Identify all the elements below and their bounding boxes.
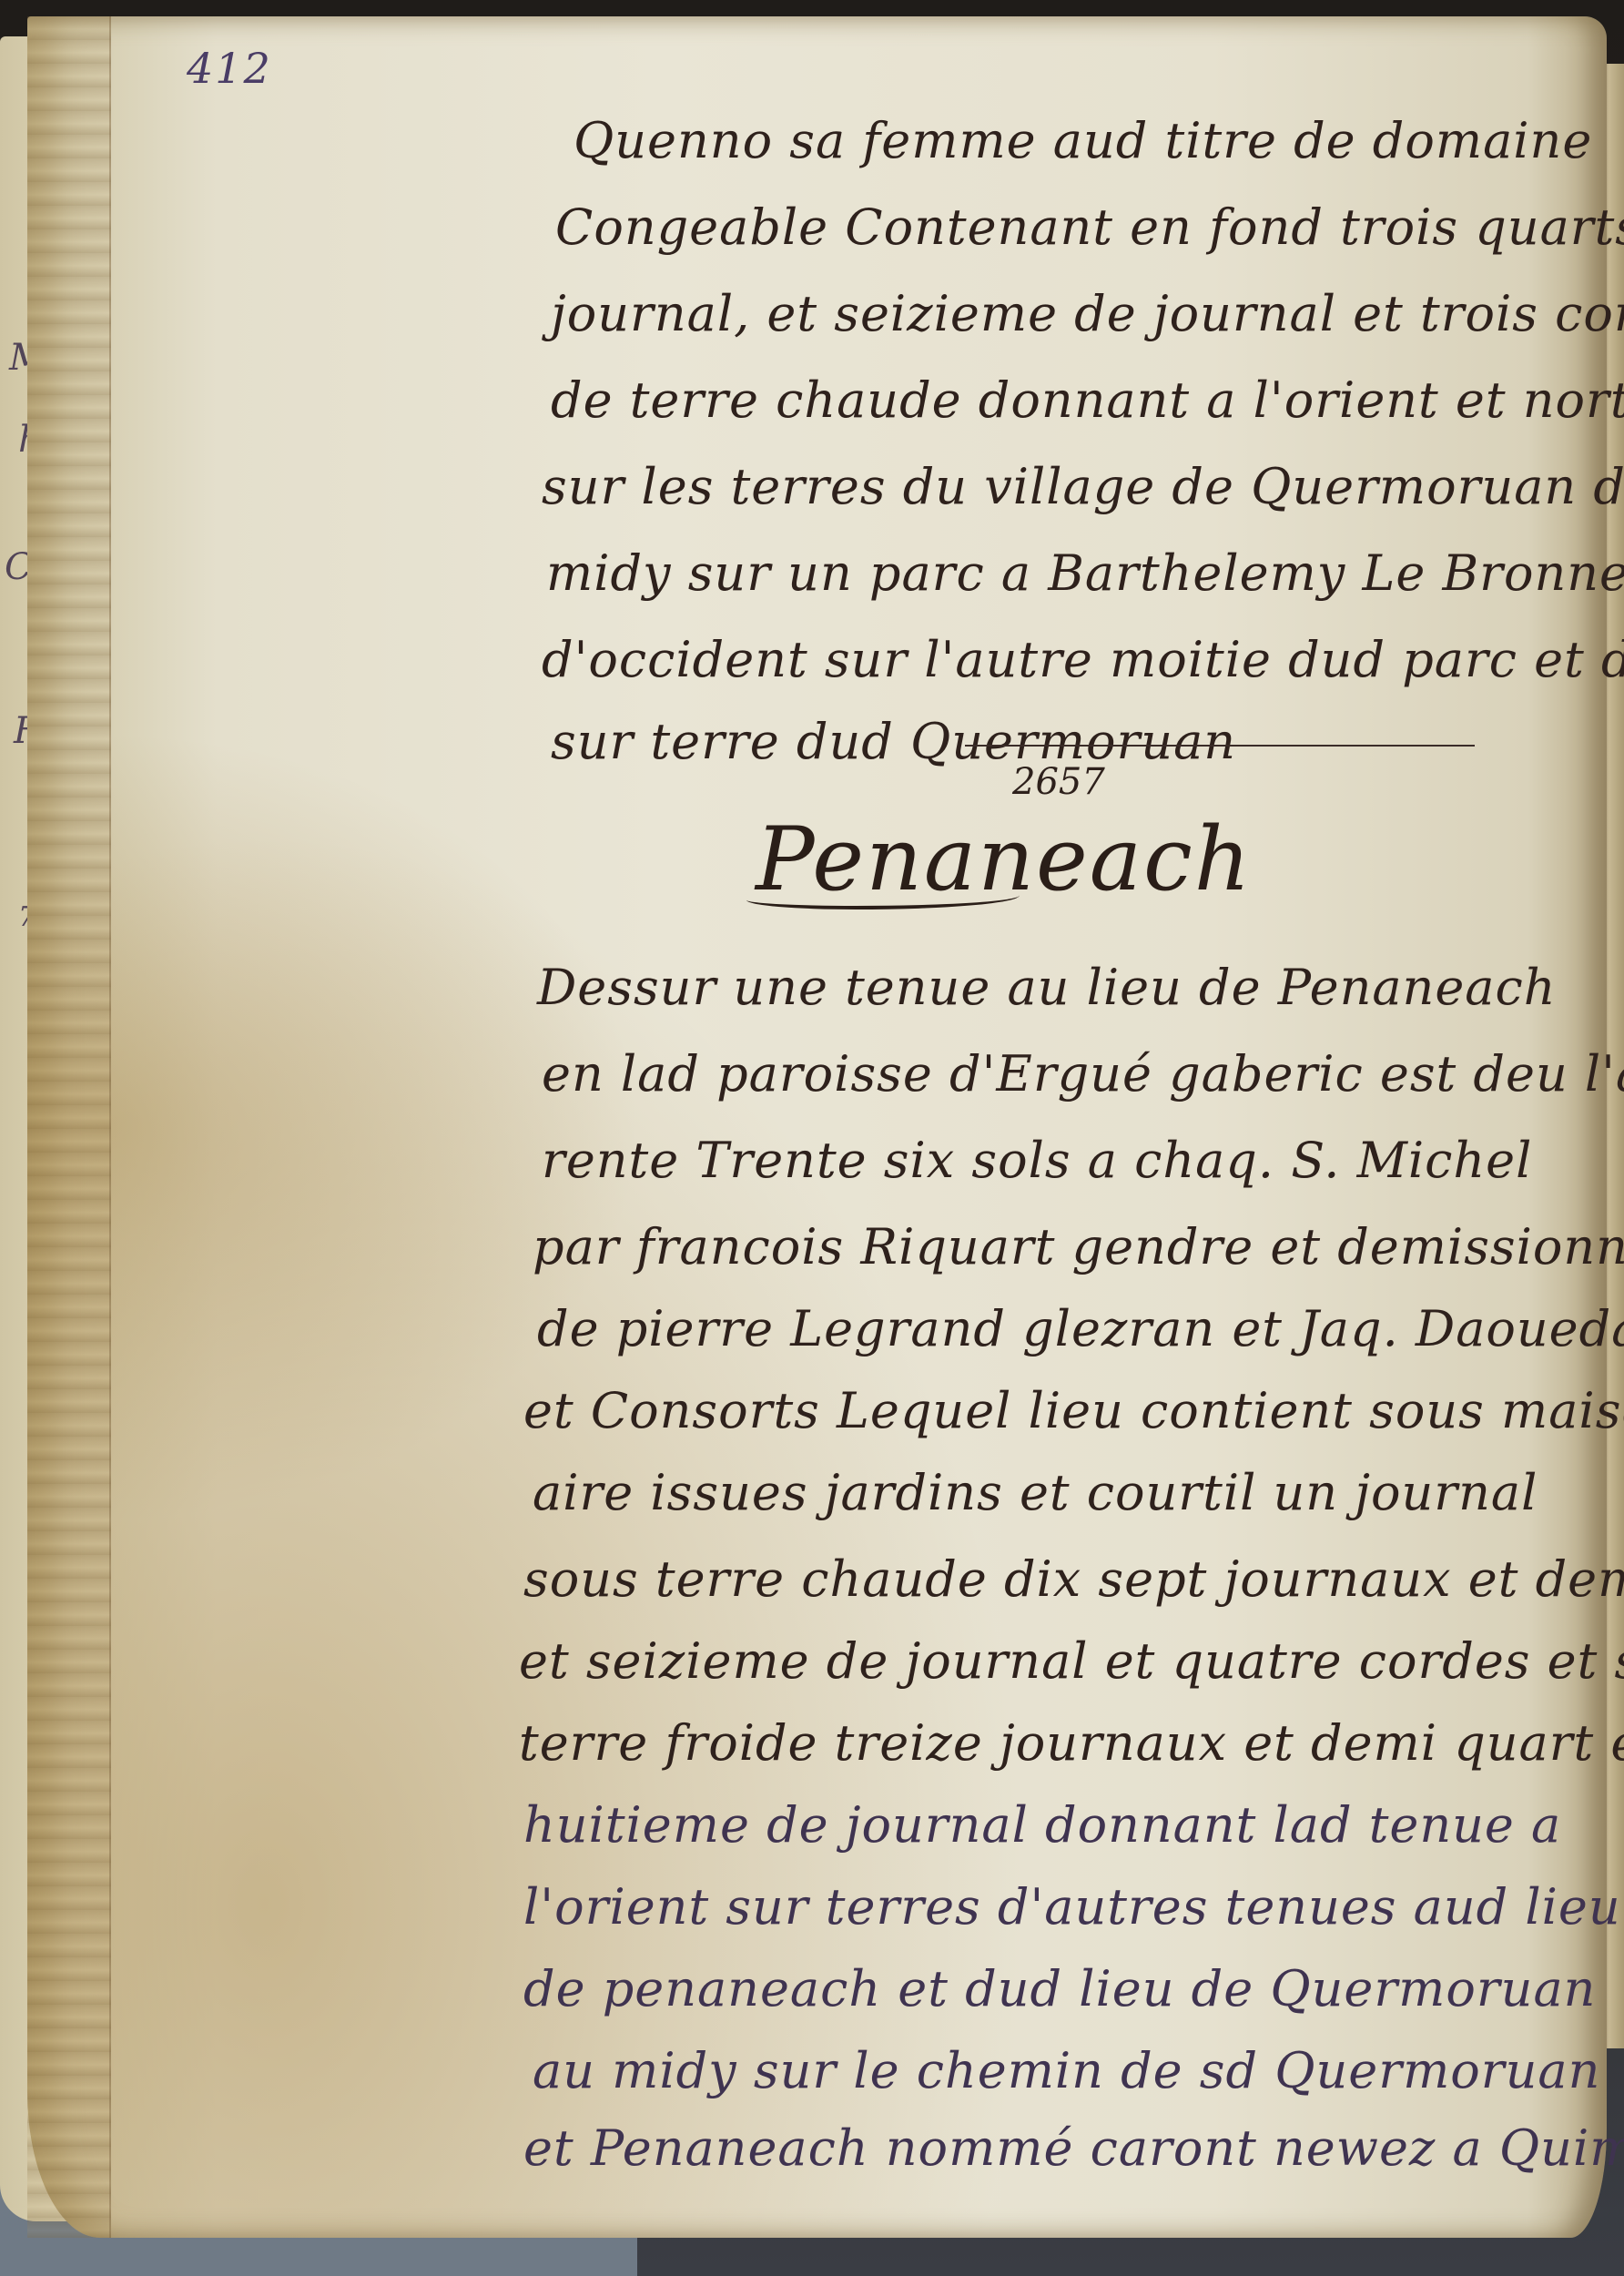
text-line: et seizieme de journal et quatre cordes …	[519, 1632, 1624, 1690]
folio-number: 412	[187, 44, 272, 93]
text-line: journal, et seizieme de journal et trois…	[551, 285, 1624, 342]
entry-number: 2657	[1012, 761, 1105, 803]
text-line: d'occident sur l'autre moitie dud parc e…	[542, 631, 1624, 688]
text-line: Dessur une tenue au lieu de Penaneach	[537, 959, 1557, 1016]
text-line: sur terre dud Quermoruan	[551, 713, 1236, 770]
text-line: de penaneach et dud lieu de Quermoruan	[523, 1960, 1596, 2017]
text-line: et Penaneach nommé caront newez a Quimpe…	[523, 2119, 1624, 2177]
text-line: terre froide treize journaux et demi qua…	[519, 1714, 1624, 1772]
text-line: sur les terres du village de Quermoruan …	[542, 458, 1624, 515]
scan-background: M h C H ne n 7 412 Quenno sa femme aud t…	[0, 0, 1624, 2276]
text-line: sous terre chaude dix sept journaux et d…	[523, 1550, 1624, 1608]
line-end-rule	[965, 745, 1475, 747]
text-line: de pierre Legrand glezran et Jaq. Daoued…	[537, 1300, 1624, 1357]
text-line: et Consorts Lequel lieu contient sous ma…	[523, 1382, 1624, 1439]
text-line: de terre chaude donnant a l'orient et no…	[551, 371, 1624, 429]
text-line: l'orient sur terres d'autres tenues aud …	[523, 1878, 1621, 1936]
text-line: aire issues jardins et courtil un journa…	[533, 1464, 1538, 1521]
text-line: midy sur un parc a Barthelemy Le Bronne	[546, 544, 1624, 602]
text-line: en lad paroisse d'Ergué gaberic est deu …	[542, 1045, 1624, 1102]
text-line: Quenno sa femme aud titre de domaine	[573, 112, 1592, 169]
text-line: Congeable Contenant en fond trois quarts…	[555, 198, 1624, 256]
text-line: rente Trente six sols a chaq. S. Michel	[542, 1132, 1532, 1189]
text-line: huitieme de journal donnant lad tenue a	[523, 1796, 1561, 1854]
manuscript-page: 412 Quenno sa femme aud titre de domaine…	[27, 16, 1607, 2238]
text-line: au midy sur le chemin de sd Quermoruan	[533, 2042, 1600, 2099]
page-damage-margin	[27, 16, 111, 2238]
text-line: par francois Riquart gendre et demission…	[533, 1218, 1624, 1275]
